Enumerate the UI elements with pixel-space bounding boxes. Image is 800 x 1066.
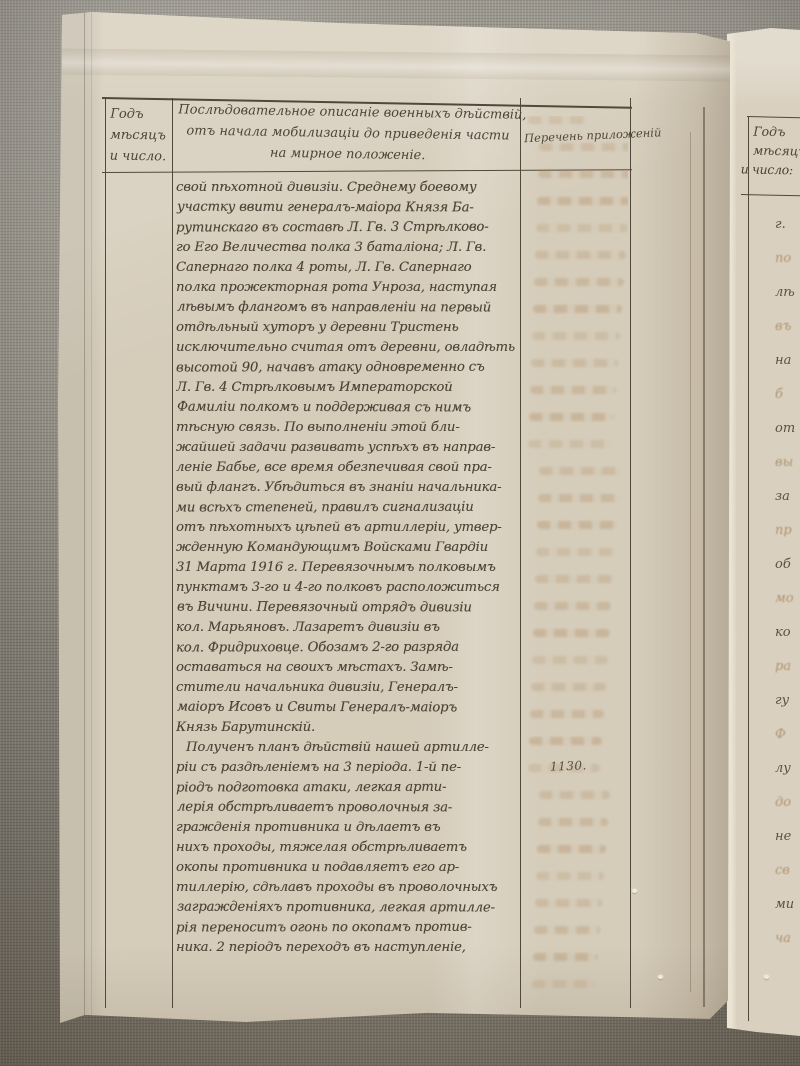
- bleed-through-line: [537, 197, 628, 205]
- worm-hole-dot: [764, 975, 769, 979]
- date-header-line: Годъ: [110, 104, 170, 126]
- handwritten-line: высотой 90, начавъ атаку одновременно съ: [176, 358, 522, 379]
- clipped-handwriting-fragment: за: [775, 480, 800, 514]
- bleed-through-line: [536, 872, 604, 880]
- bleed-through-line: [534, 278, 624, 286]
- bleed-through-line: [528, 116, 586, 124]
- bleed-through-line: [534, 926, 600, 934]
- handwritten-line: Сапернаго полка 4 роты, Л. Гв. Сапернаго: [176, 258, 522, 278]
- bleed-through-line: [533, 629, 610, 637]
- handwritten-line: Князь Барутинскій.: [176, 718, 522, 738]
- clipped-handwriting-fragment: Ф: [775, 718, 800, 752]
- page-edge-line: [703, 107, 705, 1007]
- handwritten-line: ми всѣхъ степеней, правилъ сигнализаціи: [176, 498, 522, 519]
- clipped-handwriting-fragment: лу: [775, 752, 800, 786]
- date-column-header: Годъ мѣсяцъ и число.: [110, 104, 171, 168]
- clipped-handwriting-fragment: от: [775, 412, 800, 446]
- table-left-rule: [105, 98, 106, 1008]
- page-margin-rule: [690, 132, 691, 992]
- bleed-through-line: [532, 980, 596, 988]
- worm-hole-dot: [658, 975, 663, 979]
- handwritten-line: оставаться на своихъ мѣстахъ. Замѣ-: [176, 658, 522, 678]
- handwritten-line: отдѣльный хуторъ у деревни Тристень: [176, 318, 522, 338]
- handwritten-line: стители начальника дивизіи, Генералъ-: [176, 678, 522, 698]
- handwritten-description-column: свой пѣхотной дивизіи. Среднему боевомуу…: [176, 178, 522, 978]
- bleed-through-line: [535, 575, 614, 583]
- handwritten-line: ріодъ подготовка атаки, легкая арти-: [176, 778, 522, 799]
- handwritten-line: лерія обстрѣливаетъ проволочныя за-: [177, 798, 522, 819]
- right-page-column-rule: [748, 116, 749, 1021]
- clipped-handwriting-fragment: пр: [775, 514, 800, 548]
- right-page-date-header: Годъ мѣсяцъ и число:: [753, 122, 800, 180]
- handwritten-line: рутинскаго въ составѣ Л. Гв. 3 Стрѣлково…: [176, 218, 522, 239]
- ink-bleed-through-column: [524, 116, 628, 1008]
- bleed-through-line: [537, 845, 606, 853]
- bleed-through-line: [532, 656, 608, 664]
- left-page: Годъ мѣсяцъ и число. Послѣдовательное оп…: [58, 12, 730, 1026]
- sheet-edge-line: [91, 12, 92, 1026]
- handwritten-line: нихъ проходы, тяжелая обстрѣливаетъ: [176, 838, 522, 858]
- clipped-handwriting-fragment: въ: [775, 310, 800, 344]
- handwritten-line: кол. Марьяновъ. Лазаретъ дивизіи въ: [176, 618, 522, 638]
- handwritten-line: тиллерію, сдѣлавъ проходы въ проволочных…: [176, 878, 522, 898]
- bleed-through-line: [535, 899, 602, 907]
- bleed-through-line: [530, 710, 604, 718]
- right-page-header-line: мѣсяцъ: [753, 141, 799, 161]
- bleed-through-line: [532, 332, 620, 340]
- clipped-handwriting-fragment: до: [775, 786, 800, 820]
- handwritten-line: Л. Гв. 4 Стрѣлковымъ Императорской: [176, 378, 522, 398]
- clipped-handwriting-fragment: лѣ: [775, 276, 800, 310]
- date-header-line: мѣсяцъ: [110, 125, 170, 147]
- bleed-through-line: [539, 791, 610, 799]
- appendix-number-note: 1130.: [550, 757, 587, 774]
- clipped-handwriting-fragment: ра: [775, 650, 800, 684]
- handwritten-line: въ Вичини. Перевязочный отрядъ дивизіи: [177, 598, 522, 619]
- handwritten-line: свой пѣхотной дивизіи. Среднему боевому: [176, 178, 522, 198]
- photo-scene: Годъ мѣсяцъ и число: г.полѣвънаботвызапр…: [0, 0, 800, 1066]
- clipped-handwriting-fragment: на: [775, 344, 800, 378]
- right-page-header-bottom-rule: [741, 194, 800, 197]
- right-page-table-top-rule: [747, 116, 800, 119]
- table-right-rule: [630, 98, 631, 1008]
- handwritten-line: полка прожекторная рота Унроза, наступая: [176, 278, 522, 298]
- worm-hole-dot: [632, 889, 637, 893]
- handwritten-line: маіоръ Исовъ и Свиты Генералъ-маіоръ: [177, 698, 522, 719]
- bleed-through-line: [528, 440, 612, 448]
- handwritten-line: тѣсную связь. По выполненіи этой бли-: [176, 418, 522, 438]
- bleed-through-line: [538, 818, 608, 826]
- bleed-through-line: [530, 386, 616, 394]
- bleed-through-line: [538, 170, 628, 178]
- bleed-through-line: [531, 683, 606, 691]
- bleed-through-line: [539, 143, 628, 151]
- handwritten-line: исключительно считая отъ деревни, овладѣ…: [176, 338, 522, 358]
- handwritten-line: кол. Фридриховце. Обозамъ 2-го разряда: [176, 638, 522, 659]
- clipped-handwriting-fragment: ми: [775, 888, 800, 922]
- handwritten-line: Фамиліи полкомъ и поддерживая съ нимъ: [177, 398, 522, 419]
- clipped-handwriting-fragment: об: [775, 548, 800, 582]
- bleed-through-line: [538, 494, 620, 502]
- table-column-rule-date: [172, 98, 173, 1008]
- bleed-through-line: [535, 251, 626, 259]
- clipped-handwriting-fragment: не: [775, 820, 800, 854]
- bleed-through-line: [531, 359, 618, 367]
- bleed-through-line: [539, 467, 622, 475]
- handwritten-line: жденную Командующимъ Войсками Гвардіи: [176, 538, 522, 558]
- handwritten-line: гражденія противника и дѣлаетъ въ: [176, 818, 522, 838]
- clipped-handwriting-fragment: ча: [775, 922, 800, 956]
- handwritten-line: окопы противника и подавляетъ его ар-: [176, 858, 522, 878]
- bleed-through-line: [534, 602, 612, 610]
- handwritten-line: отъ пѣхотныхъ цѣпей въ артиллеріи, утвер…: [176, 518, 522, 538]
- handwritten-line: го Его Величества полка 3 баталіона; Л. …: [176, 238, 522, 258]
- handwritten-line: загражденіяхъ противника, легкая артилле…: [177, 898, 522, 919]
- bleed-through-line: [529, 413, 614, 421]
- handwritten-line: ріи съ раздѣленіемъ на 3 періода. 1-й пе…: [176, 758, 522, 778]
- clipped-handwriting-fragment: вы: [775, 446, 800, 480]
- handwritten-line: пунктамъ 3-го и 4-го полковъ расположить…: [176, 578, 522, 598]
- right-page-header-line: Годъ: [753, 122, 799, 142]
- bleed-through-line: [529, 737, 602, 745]
- right-page-header-line: и число:: [741, 159, 799, 179]
- bleed-through-line: [537, 521, 618, 529]
- clipped-handwriting-fragment: б: [775, 378, 800, 412]
- clipped-handwriting-fragment: св: [775, 854, 800, 888]
- bleed-through-line: [536, 224, 628, 232]
- bleed-through-line: [536, 548, 616, 556]
- clipped-handwriting-fragment: мо: [775, 582, 800, 616]
- clipped-handwriting-fragment: г.: [775, 208, 800, 242]
- bleed-through-line: [533, 953, 598, 961]
- right-page: Годъ мѣсяцъ и число: г.полѣвънаботвызапр…: [727, 28, 800, 1036]
- handwritten-line: рія переноситъ огонь по окопамъ против-: [176, 918, 522, 939]
- handwritten-line: Полученъ планъ дѣйствій нашей артилле-: [176, 738, 522, 758]
- paper-crease: [58, 48, 730, 81]
- sheet-edge-line: [84, 12, 85, 1026]
- handwritten-line: 31 Марта 1916 г. Перевязочнымъ полковымъ: [176, 558, 522, 578]
- clipped-handwriting-fragment: гу: [775, 684, 800, 718]
- clipped-handwriting-fragment: по: [775, 242, 800, 276]
- handwritten-line: ника. 2 періодъ переходъ въ наступленіе,: [176, 938, 522, 958]
- handwritten-line: лѣвымъ флангомъ въ направленіи на первый: [177, 298, 522, 319]
- clipped-handwriting-fragment: ко: [775, 616, 800, 650]
- handwritten-line: леніе Бабье, все время обезпечивая свой …: [176, 458, 522, 478]
- date-header-line: и число.: [110, 146, 170, 168]
- handwritten-line: участку ввити генералъ-маіора Князя Ба-: [177, 198, 522, 219]
- description-column-header: Послѣдовательное описаніе военныхъ дѣйст…: [178, 99, 519, 167]
- handwritten-line: жайшей задачи развивать успѣхъ въ направ…: [176, 438, 522, 458]
- handwritten-line: вый флангъ. Убѣдиться въ знаніи начальни…: [176, 478, 522, 498]
- right-page-clipped-text-column: г.полѣвънаботвызапробмокорагуФлудонесвми…: [775, 208, 800, 998]
- bleed-through-line: [533, 305, 622, 313]
